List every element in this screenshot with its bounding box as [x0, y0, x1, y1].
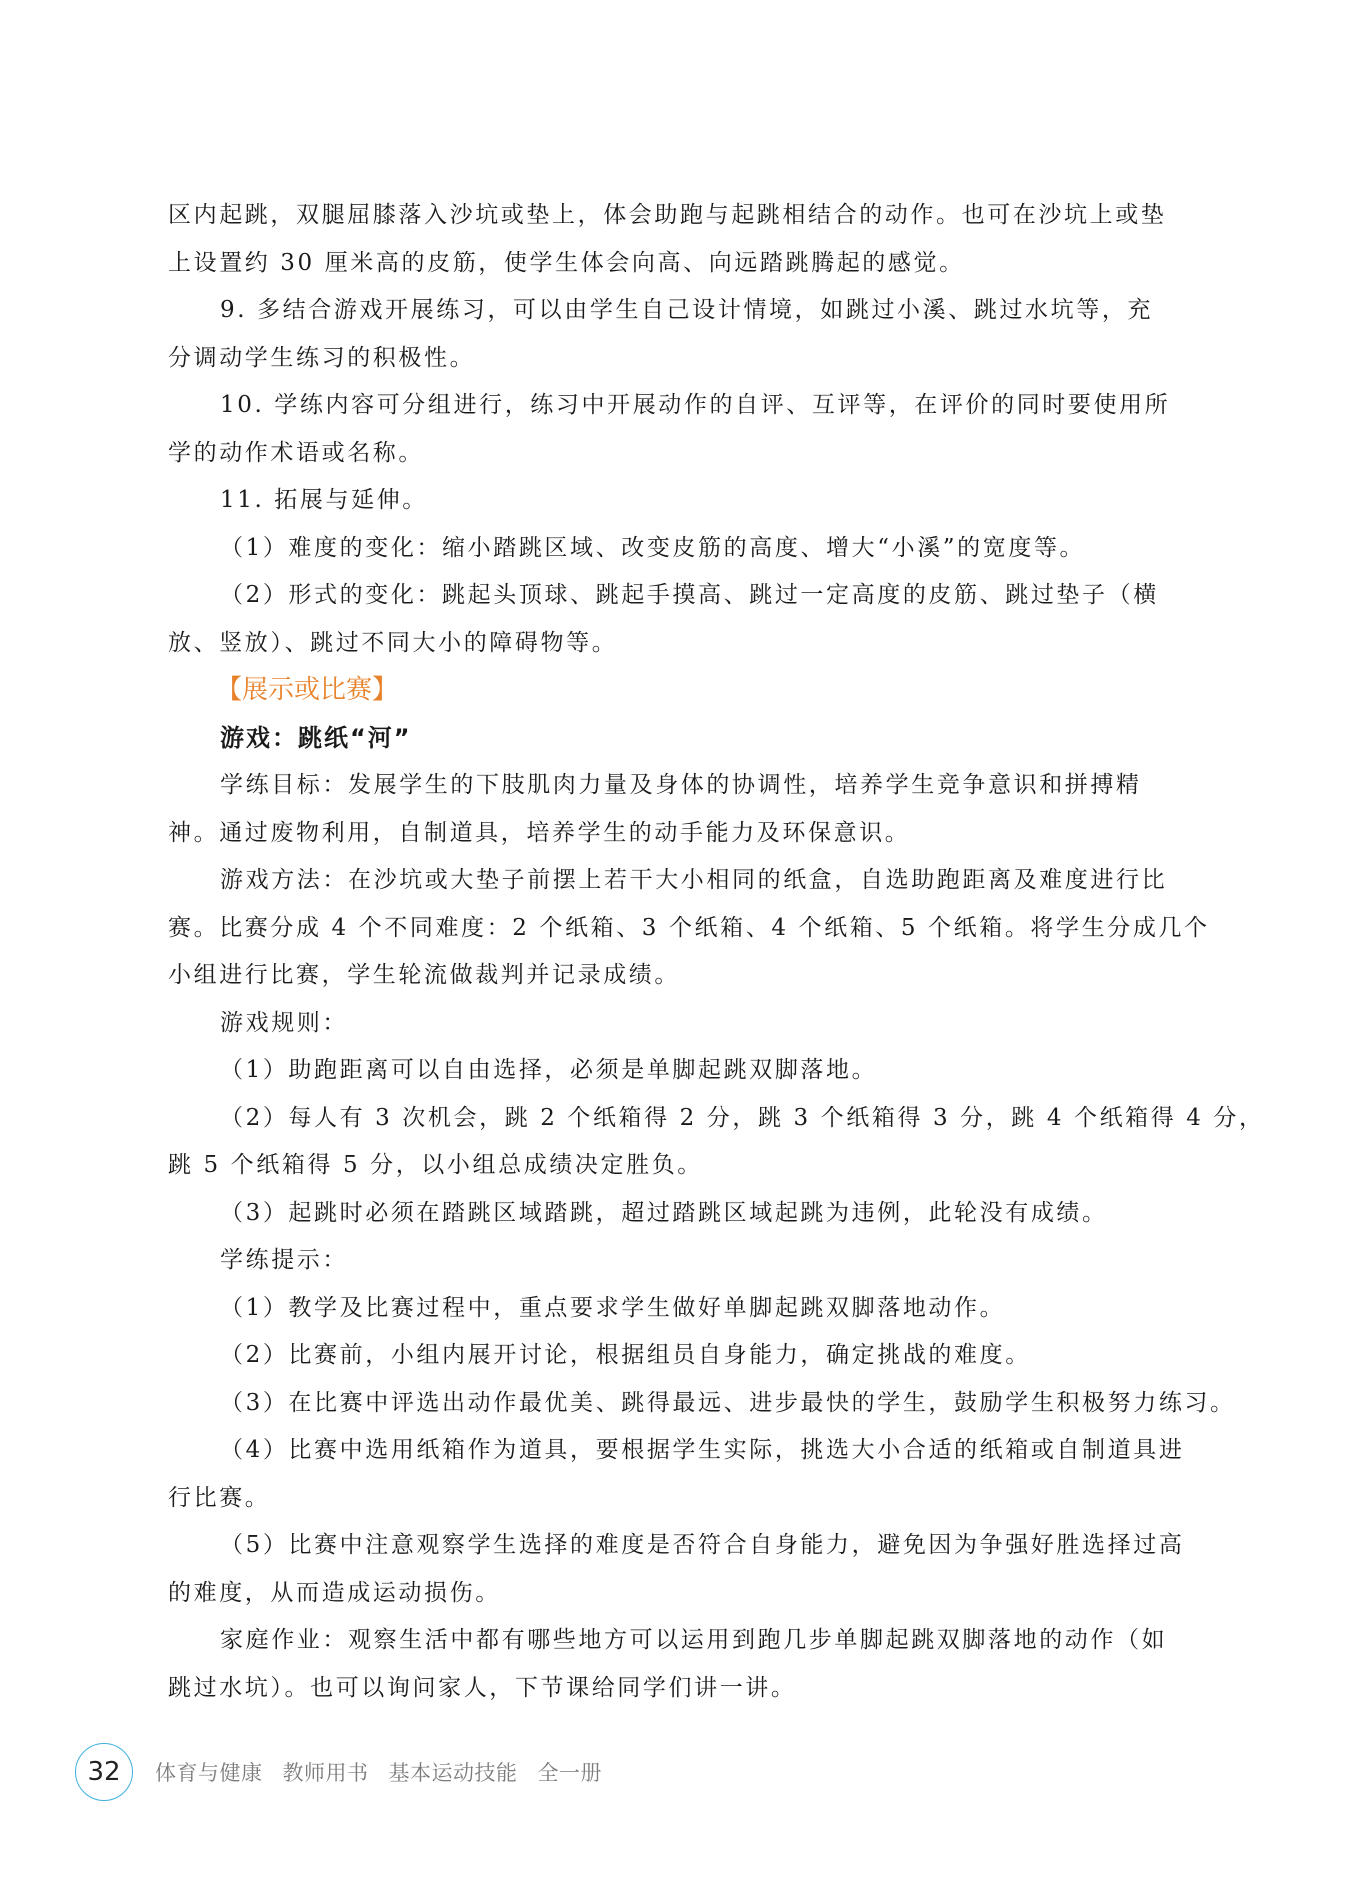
text-line: 行比赛。 — [168, 1475, 1198, 1523]
text-line: 区内起跳，双腿屈膝落入沙坑或垫上，体会助跑与起跳相结合的动作。也可在沙坑上或垫 — [168, 192, 1198, 240]
page-number-badge: 32 — [75, 1743, 133, 1801]
book-topic: 基本运动技能 — [389, 1757, 518, 1787]
text-line: 9. 多结合游戏开展练习，可以由学生自己设计情境，如跳过小溪、跳过水坑等，充 — [168, 287, 1198, 335]
section-heading: 【展示或比赛】 — [168, 667, 1198, 715]
text-line: 跳过水坑）。也可以询问家人，下节课给同学们讲一讲。 — [168, 1665, 1198, 1713]
page-body: 区内起跳，双腿屈膝落入沙坑或垫上，体会助跑与起跳相结合的动作。也可在沙坑上或垫 … — [168, 192, 1198, 1712]
text-line: 上设置约 30 厘米高的皮筋，使学生体会向高、向远踏跳腾起的感觉。 — [168, 240, 1198, 288]
game-title: 游戏：跳纸“河” — [168, 715, 1198, 763]
text-line: 游戏方法：在沙坑或大垫子前摆上若干大小相同的纸盒，自选助跑距离及难度进行比 — [168, 857, 1198, 905]
text-line: （4）比赛中选用纸箱作为道具，要根据学生实际，挑选大小合适的纸箱或自制道具进 — [168, 1427, 1198, 1475]
book-volume: 全一册 — [538, 1757, 603, 1787]
book-type: 教师用书 — [283, 1757, 369, 1787]
text-line: 小组进行比赛，学生轮流做裁判并记录成绩。 — [168, 952, 1198, 1000]
text-line: （5）比赛中注意观察学生选择的难度是否符合自身能力，避免因为争强好胜选择过高 — [168, 1522, 1198, 1570]
text-line: 学练提示： — [168, 1237, 1198, 1285]
text-line: 游戏规则： — [168, 1000, 1198, 1048]
text-line: （2）比赛前，小组内展开讨论，根据组员自身能力，确定挑战的难度。 — [168, 1332, 1198, 1380]
book-subject: 体育与健康 — [155, 1757, 263, 1787]
text-line: 分调动学生练习的积极性。 — [168, 335, 1198, 383]
text-line: （1）助跑距离可以自由选择，必须是单脚起跳双脚落地。 — [168, 1047, 1198, 1095]
book-title: 体育与健康 教师用书 基本运动技能 全一册 — [155, 1757, 602, 1787]
text-line: （2）形式的变化：跳起头顶球、跳起手摸高、跳过一定高度的皮筋、跳过垫子（横 — [168, 572, 1198, 620]
text-line: 家庭作业：观察生活中都有哪些地方可以运用到跑几步单脚起跳双脚落地的动作（如 — [168, 1617, 1198, 1665]
page-number: 32 — [87, 1757, 120, 1787]
text-line: 学的动作术语或名称。 — [168, 430, 1198, 478]
text-line: 11. 拓展与延伸。 — [168, 477, 1198, 525]
page-footer: 32 体育与健康 教师用书 基本运动技能 全一册 — [75, 1743, 602, 1801]
text-line: 学练目标：发展学生的下肢肌肉力量及身体的协调性，培养学生竞争意识和拼搏精 — [168, 762, 1198, 810]
text-line: 赛。比赛分成 4 个不同难度：2 个纸箱、3 个纸箱、4 个纸箱、5 个纸箱。将… — [168, 905, 1198, 953]
text-line: （2）每人有 3 次机会，跳 2 个纸箱得 2 分，跳 3 个纸箱得 3 分，跳… — [168, 1095, 1198, 1143]
text-line: （1）教学及比赛过程中，重点要求学生做好单脚起跳双脚落地动作。 — [168, 1285, 1198, 1333]
text-line: （3）在比赛中评选出动作最优美、跳得最远、进步最快的学生，鼓励学生积极努力练习。 — [168, 1380, 1198, 1428]
text-line: 跳 5 个纸箱得 5 分，以小组总成绩决定胜负。 — [168, 1142, 1198, 1190]
text-line: 的难度，从而造成运动损伤。 — [168, 1570, 1198, 1618]
text-line: （3）起跳时必须在踏跳区域踏跳，超过踏跳区域起跳为违例，此轮没有成绩。 — [168, 1190, 1198, 1238]
text-line: 10. 学练内容可分组进行，练习中开展动作的自评、互评等，在评价的同时要使用所 — [168, 382, 1198, 430]
text-line: （1）难度的变化：缩小踏跳区域、改变皮筋的高度、增大“小溪”的宽度等。 — [168, 525, 1198, 573]
text-line: 放、竖放）、跳过不同大小的障碍物等。 — [168, 620, 1198, 668]
text-line: 神。通过废物利用，自制道具，培养学生的动手能力及环保意识。 — [168, 810, 1198, 858]
